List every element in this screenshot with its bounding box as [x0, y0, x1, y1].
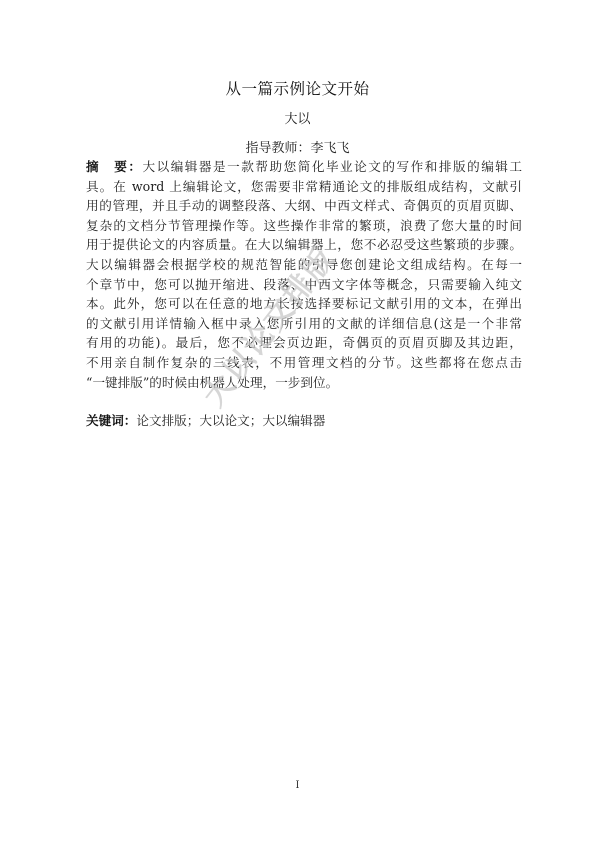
abstract-line: 用于提供论文的内容质量。在大以编辑器上，您不必忍受这些繁琐的步骤。	[86, 235, 522, 255]
keywords-label: 关键词：	[86, 413, 136, 428]
abstract-line: 有用的功能)。最后，您不必理会页边距，奇偶页的页眉页脚及其边距，	[86, 333, 522, 353]
abstract-label: 摘 要：	[86, 159, 142, 174]
paper-title: 从一篇示例论文开始	[0, 77, 595, 99]
abstract-line: 不用亲自制作复杂的三线表，不用管理文档的分节。这些都将在您点击	[86, 353, 522, 373]
abstract-line: 具。在 word 上编辑论文，您需要非常精通论文的排版组成结构，文献引	[86, 177, 522, 197]
page-number: I	[0, 780, 595, 791]
keywords-value: 论文排版；大以论文；大以编辑器	[136, 413, 325, 428]
document-page: 从一篇示例论文开始 大以 指导教师：李飞飞 摘 要：大以编辑器是一款帮助您简化毕…	[0, 0, 595, 842]
advisor-line: 指导教师：李飞飞	[0, 137, 595, 156]
author-name: 大以	[0, 108, 595, 127]
abstract-line: 大以编辑器会根据学校的规范智能的引导您创建论文组成结构。在每一	[86, 255, 522, 275]
abstract-line: 个章节中，您可以抛开缩进、段落、中西文字体等概念，只需要输入纯文	[86, 275, 522, 295]
abstract-line: 本。此外，您可以在任意的地方长按选择要标记文献引用的文本，在弹出	[86, 294, 522, 314]
keywords-section: 关键词：论文排版；大以论文；大以编辑器	[86, 411, 522, 431]
abstract-line: 复杂的文档分节管理操作等。这些操作非常的繁琐，浪费了您大量的时间	[86, 216, 522, 236]
abstract-line: 摘 要：大以编辑器是一款帮助您简化毕业论文的写作和排版的编辑工	[86, 157, 522, 177]
abstract-line: 的文献引用详情输入框中录入您所引用的文献的详细信息(这是一个非常	[86, 314, 522, 334]
abstract-line: 用的管理，并且手动的调整段落、大纲、中西文样式、奇偶页的页眉页脚、	[86, 196, 522, 216]
abstract-section: 摘 要：大以编辑器是一款帮助您简化毕业论文的写作和排版的编辑工 具。在 word…	[86, 157, 522, 392]
abstract-text: 大以编辑器是一款帮助您简化毕业论文的写作和排版的编辑工	[142, 159, 522, 174]
abstract-line: “一键排版”的时候由机器人处理，一步到位。	[86, 373, 522, 393]
